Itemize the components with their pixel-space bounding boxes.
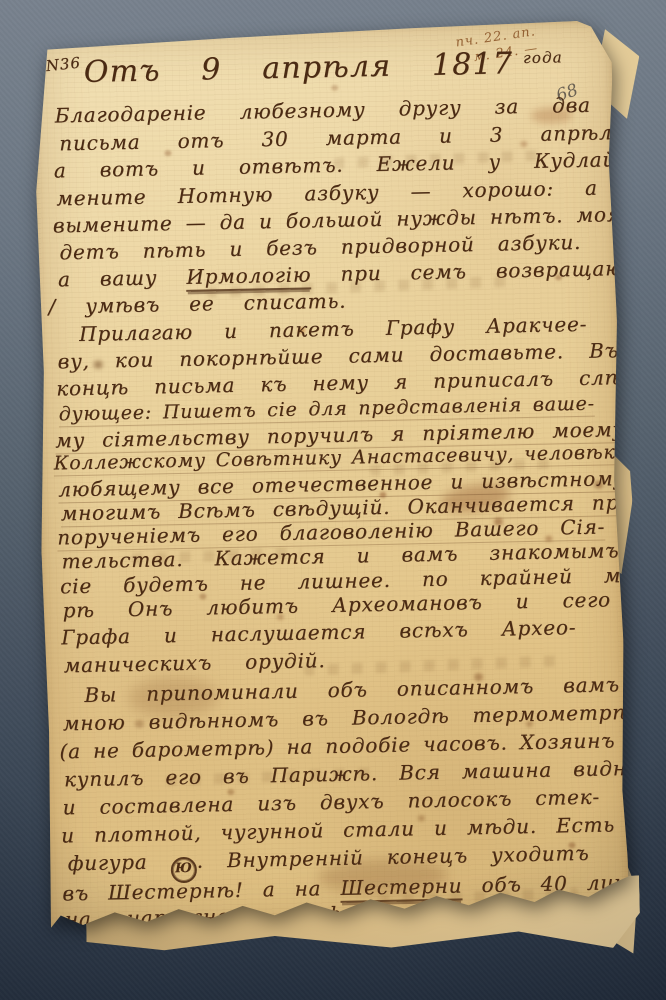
line-segment: а вашу <box>58 265 187 292</box>
dateline-year-suffix: года <box>523 48 563 67</box>
underlined-word: Шестерни <box>340 873 462 902</box>
manuscript-page: N36 пч. 22. ап. м. 24. — 68 Отъ 9 апрѣля… <box>31 20 629 933</box>
photo-background: N36 пч. 22. ап. м. 24. — 68 Отъ 9 апрѣля… <box>0 0 666 1000</box>
archival-number: N36 <box>45 53 82 75</box>
line-segment: фигура <box>67 849 170 875</box>
underlined-word: Ирмологію <box>186 262 311 292</box>
foxing-spots <box>31 32 36 36</box>
manuscript-shadow-wrap: N36 пч. 22. ап. м. 24. — 68 Отъ 9 апрѣля… <box>0 0 666 1000</box>
line-segment: объ 40 лин. <box>462 870 635 897</box>
